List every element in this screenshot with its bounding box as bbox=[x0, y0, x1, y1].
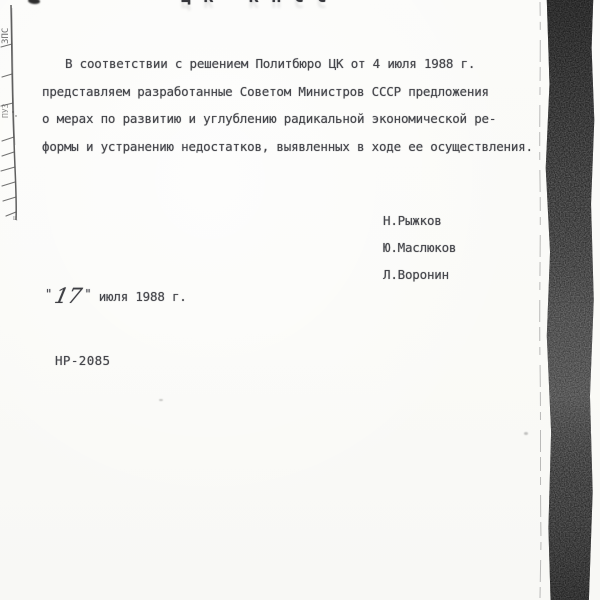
paragraph-line: формы и устранению недостатков, выявленн… bbox=[42, 133, 547, 161]
scan-scratch-line bbox=[536, 0, 546, 600]
quote-close: " bbox=[84, 287, 91, 301]
handwritten-day: 17 bbox=[54, 289, 83, 303]
date-suffix: июля 1988 г. bbox=[99, 289, 187, 304]
scanned-document-page: ЦК КПСС ЦК КПСС ЗПС ПУЗ щ В соответствии… bbox=[0, 0, 600, 600]
margin-dot bbox=[12, 111, 14, 113]
letterhead-cutoff: ЦК КПСС bbox=[181, 0, 339, 6]
body-paragraph: В соответствии с решением Политбюро ЦК о… bbox=[42, 50, 547, 160]
margin-mark-top: ЗПС bbox=[1, 28, 11, 44]
scan-speck bbox=[524, 432, 528, 435]
signature-name: Ю.Маслюков bbox=[383, 234, 456, 261]
signature-name: Л.Воронин bbox=[383, 261, 456, 288]
paragraph-line: представляем разработанные Советом Минис… bbox=[42, 78, 547, 106]
quote-open: " bbox=[45, 287, 52, 301]
scan-dark-band bbox=[543, 0, 597, 600]
band-shading bbox=[543, 0, 597, 600]
scan-speck bbox=[159, 399, 163, 401]
margin-mark-middle: ПУЗ bbox=[1, 103, 10, 118]
reference-number: НР-2085 bbox=[55, 353, 110, 368]
margin-dot bbox=[15, 115, 16, 116]
date-line: "17" июля 1988 г. bbox=[45, 287, 187, 304]
binding-edge-marks: ЗПС ПУЗ щ bbox=[0, 0, 40, 240]
paragraph-line: о мерах по развитию и углублению радикал… bbox=[42, 105, 547, 133]
signature-name: Н.Рыжков bbox=[383, 207, 456, 234]
margin-mark-bottom: щ bbox=[13, 214, 18, 222]
signature-block: Н.Рыжков Ю.Маслюков Л.Воронин bbox=[383, 207, 456, 288]
paragraph-line: В соответствии с решением Политбюро ЦК о… bbox=[42, 50, 547, 78]
